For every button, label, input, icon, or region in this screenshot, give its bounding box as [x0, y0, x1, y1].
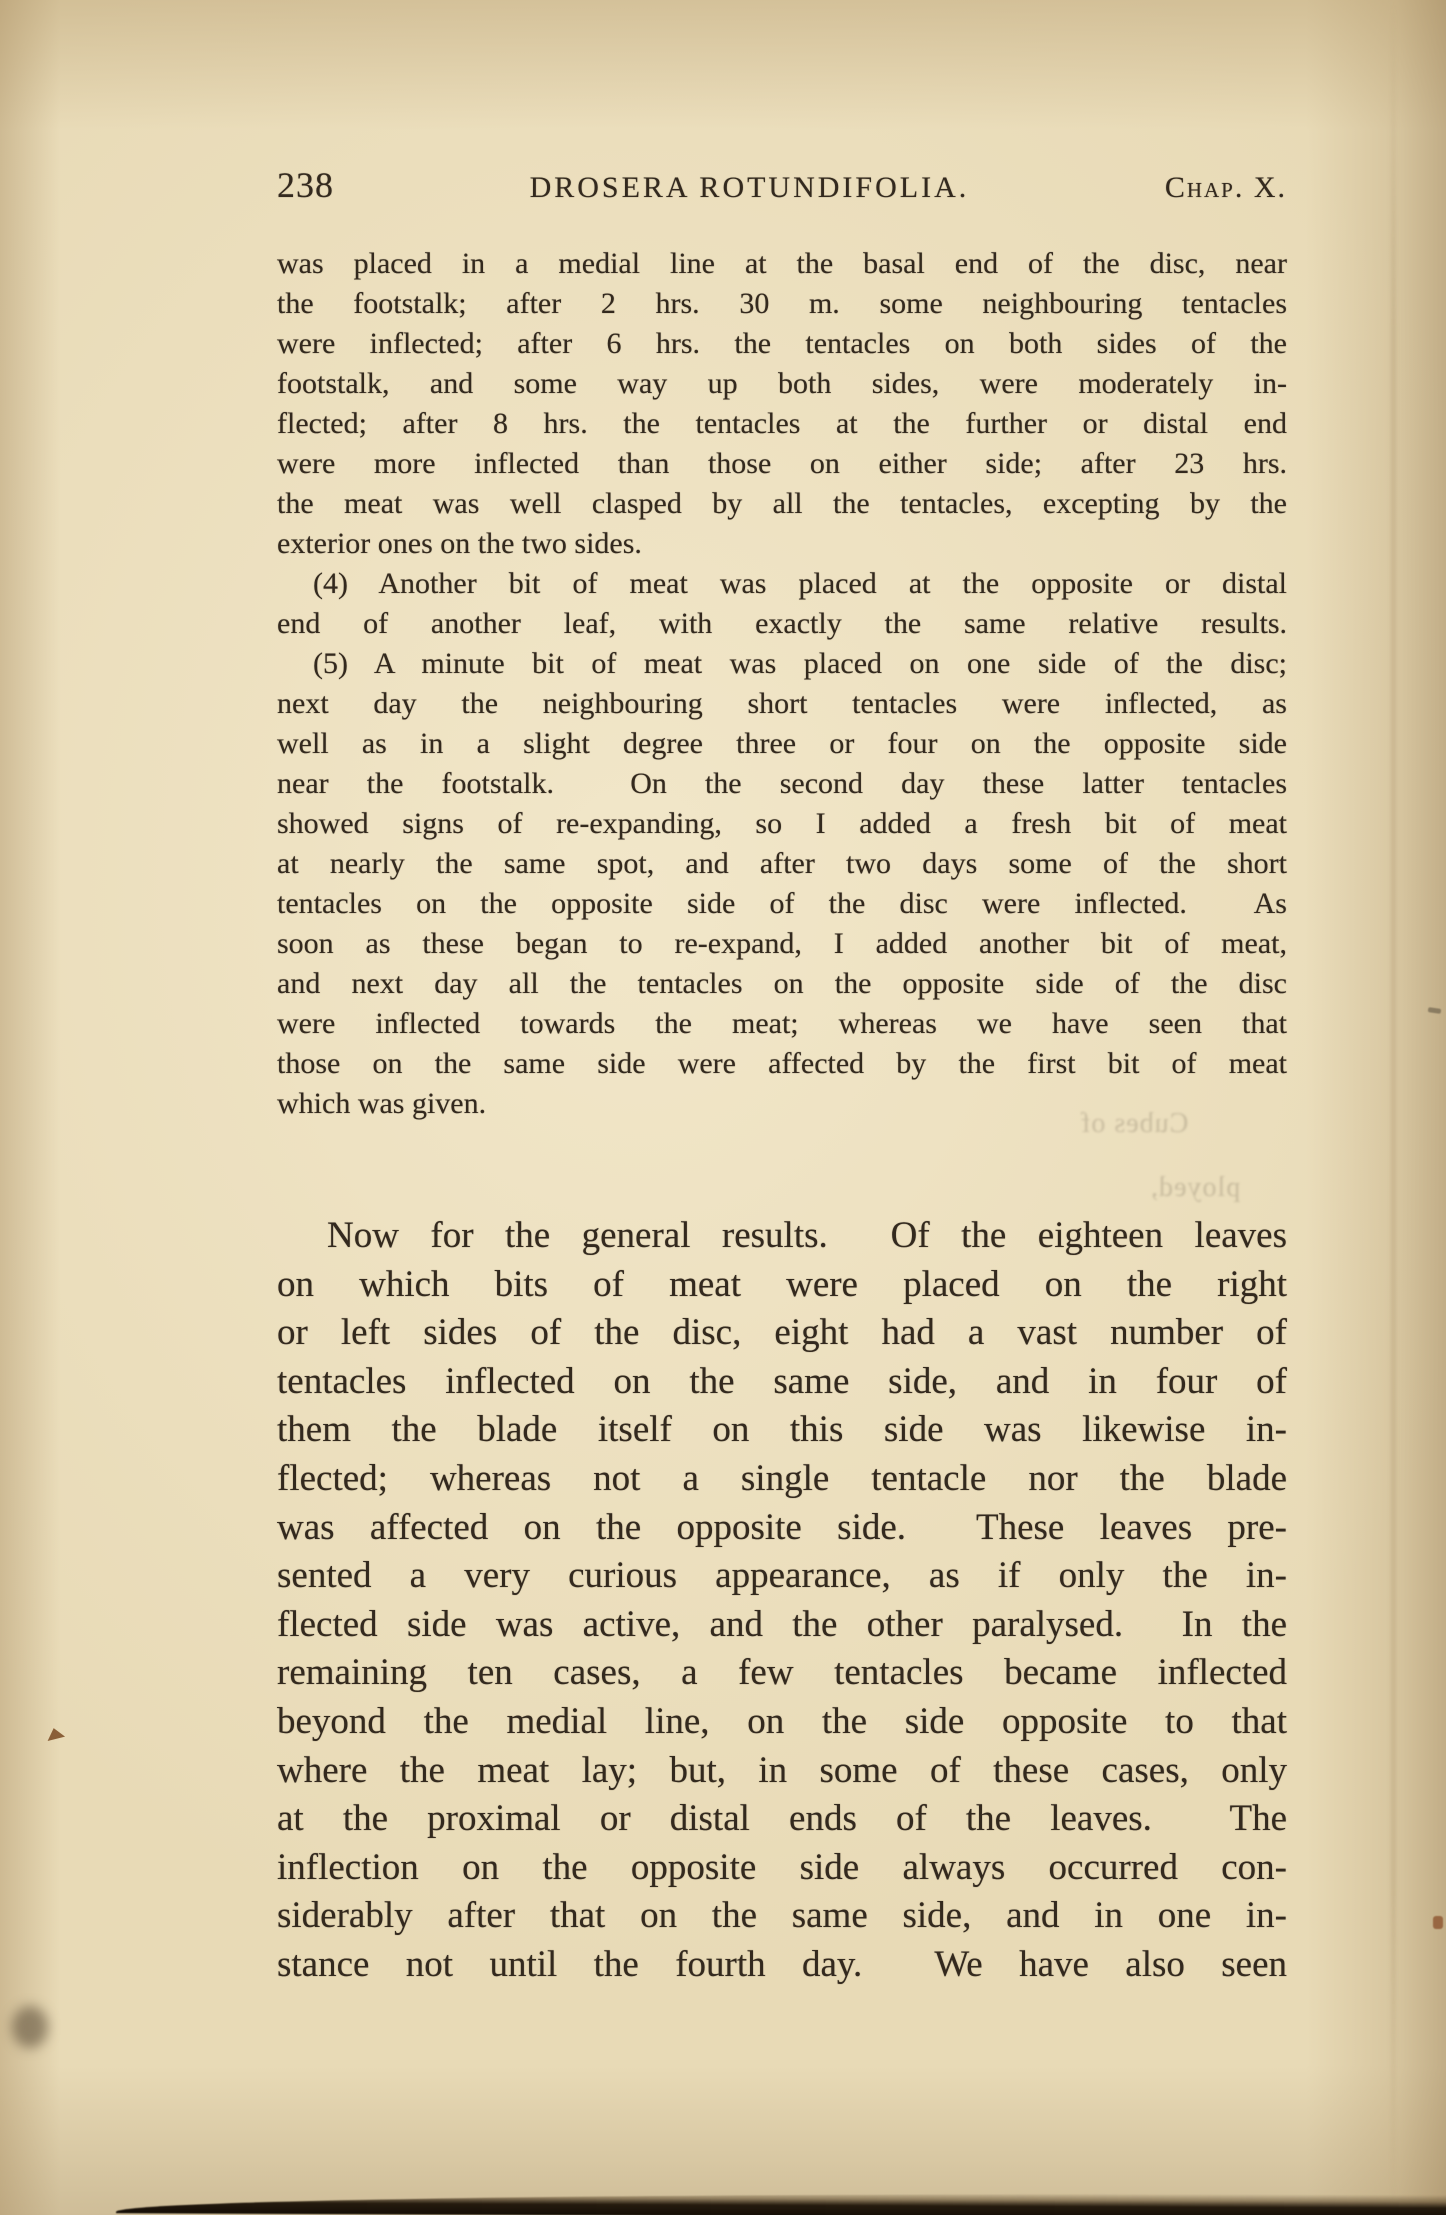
text-line: end of another leaf, with exactly the sa…: [277, 604, 1287, 644]
text-line: beyond the medial line, on the side oppo…: [277, 1698, 1287, 1747]
text-line: (4) Another bit of meat was placed at th…: [277, 564, 1287, 604]
page-edge-seam: [1392, 0, 1395, 2215]
text-line: was affected on the opposite side. These…: [277, 1504, 1287, 1553]
text-line: soon as these began to re-expand, I adde…: [277, 924, 1287, 964]
rust-fleck: [1433, 1916, 1443, 1929]
text-line: those on the same side were affected by …: [277, 1044, 1287, 1084]
text-line: and next day all the tentacles on the op…: [277, 964, 1287, 1004]
book-page-scan: 238 DROSERA ROTUNDIFOLIA. Chap. X. was p…: [0, 0, 1446, 2215]
text-line: siderably after that on the same side, a…: [277, 1892, 1287, 1941]
running-title: DROSERA ROTUNDIFOLIA.: [334, 171, 1165, 205]
page-number: 238: [277, 164, 334, 206]
text-line: on which bits of meat were placed on the…: [277, 1261, 1287, 1310]
text-line: the meat was well clasped by all the ten…: [277, 484, 1287, 524]
corner-smudge: [12, 2006, 48, 2048]
text-line: Now for the general results. Of the eigh…: [277, 1212, 1287, 1261]
text-line: flected side was active, and the other p…: [277, 1601, 1287, 1650]
text-line: flected; after 8 hrs. the tentacles at t…: [277, 404, 1287, 444]
ink-speck: [45, 1726, 65, 1741]
text-line: were more inflected than those on either…: [277, 444, 1287, 484]
text-line: or left sides of the disc, eight had a v…: [277, 1309, 1287, 1358]
text-line: at nearly the same spot, and after two d…: [277, 844, 1287, 884]
text-line: showed signs of re-expanding, so I added…: [277, 804, 1287, 844]
text-line: remaining ten cases, a few tentacles bec…: [277, 1649, 1287, 1698]
text-line: tentacles on the opposite side of the di…: [277, 884, 1287, 924]
text-line: sented a very curious appearance, as if …: [277, 1552, 1287, 1601]
text-line: at the proximal or distal ends of the le…: [277, 1795, 1287, 1844]
text-line: next day the neighbouring short tentacle…: [277, 684, 1287, 724]
show-through-text: ployed,: [1150, 1172, 1240, 1204]
text-line: where the meat lay; but, in some of thes…: [277, 1747, 1287, 1796]
general-results-text-block: Now for the general results. Of the eigh…: [277, 1212, 1287, 1990]
chapter-heading: Chap. X.: [1165, 171, 1287, 205]
text-line: the footstalk; after 2 hrs. 30 m. some n…: [277, 284, 1287, 324]
text-line: (5) A minute bit of meat was placed on o…: [277, 644, 1287, 684]
experiments-text-block: was placed in a medial line at the basal…: [277, 244, 1287, 1124]
text-line: stance not until the fourth day. We have…: [277, 1941, 1287, 1990]
page-bottom-shadow: [116, 2189, 1446, 2215]
text-line: well as in a slight degree three or four…: [277, 724, 1287, 764]
text-line: inflection on the opposite side always o…: [277, 1844, 1287, 1893]
page-header: 238 DROSERA ROTUNDIFOLIA. Chap. X.: [277, 164, 1287, 206]
text-line: was placed in a medial line at the basal…: [277, 244, 1287, 284]
text-line: near the footstalk. On the second day th…: [277, 764, 1287, 804]
text-line: flected; whereas not a single tentacle n…: [277, 1455, 1287, 1504]
text-line: footstalk, and some way up both sides, w…: [277, 364, 1287, 404]
text-line: them the blade itself on this side was l…: [277, 1406, 1287, 1455]
text-line: were inflected towards the meat; whereas…: [277, 1004, 1287, 1044]
text-line: were inflected; after 6 hrs. the tentacl…: [277, 324, 1287, 364]
text-line: tentacles inflected on the same side, an…: [277, 1358, 1287, 1407]
show-through-text: Cubes of: [1080, 1108, 1188, 1140]
text-line: exterior ones on the two sides.: [277, 524, 1287, 564]
margin-mark: [1428, 1007, 1442, 1014]
